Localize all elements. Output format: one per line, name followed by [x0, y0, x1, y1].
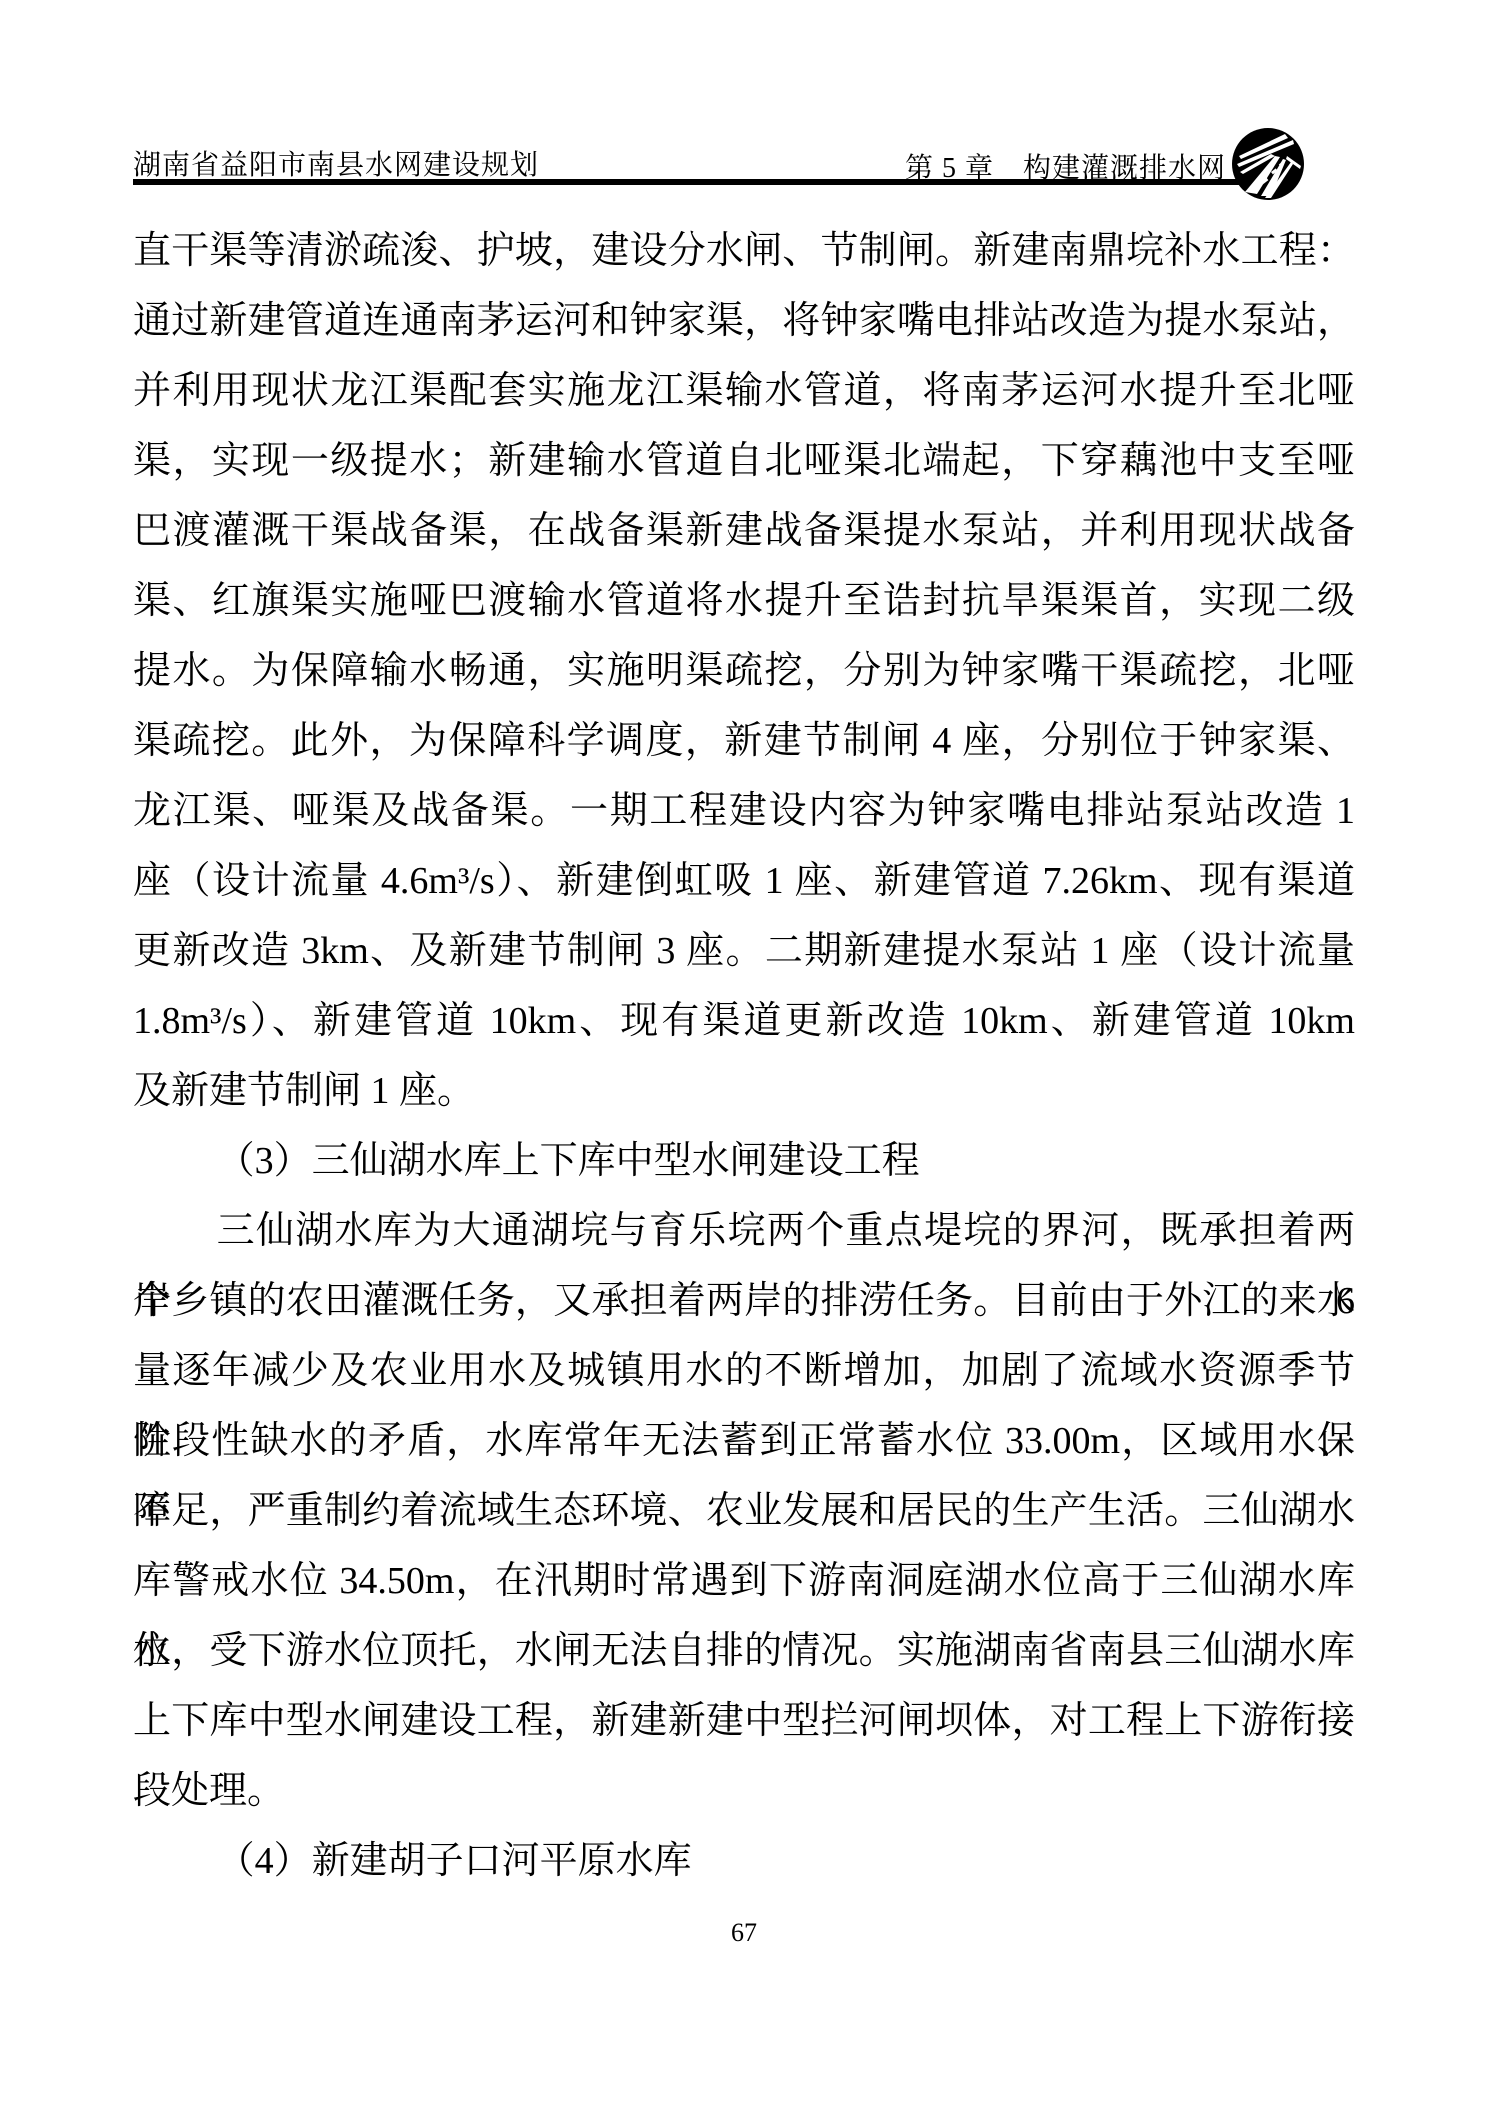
body-line: 及新建节制闸 1 座。: [133, 1056, 1355, 1126]
body-line: 并利用现状龙江渠配套实施龙江渠输水管道，将南茅运河水提升至北哑: [133, 356, 1355, 426]
body-line: 直干渠等清淤疏浚、护坡，建设分水闸、节制闸。新建南鼎垸补水工程：: [133, 216, 1355, 286]
section-heading: （4）新建胡子口河平原水库: [133, 1826, 1355, 1896]
body-line: 阶段性缺水的矛盾，水库常年无法蓄到正常蓄水位 33.00m，区域用水保障: [133, 1406, 1355, 1476]
header-rule: [133, 179, 1279, 185]
body-line: 座（设计流量 4.6m³/s）、新建倒虹吸 1 座、新建管道 7.26km、现有…: [133, 846, 1355, 916]
body-line: 提水。为保障输水畅通，实施明渠疏挖，分别为钟家嘴干渠疏挖，北哑: [133, 636, 1355, 706]
body-line: 上下库中型水闸建设工程，新建新建中型拦河闸坝体，对工程上下游衔接: [133, 1686, 1355, 1756]
body-line: 不足，严重制约着流域生态环境、农业发展和居民的生产生活。三仙湖水: [133, 1476, 1355, 1546]
section-heading: （3）三仙湖水库上下库中型水闸建设工程: [133, 1126, 1355, 1196]
page-number: 67: [0, 1918, 1488, 1948]
body-line: 渠，实现一级提水；新建输水管道自北哑渠北端起，下穿藕池中支至哑: [133, 426, 1355, 496]
body-line: 更新改造 3km、及新建节制闸 3 座。二期新建提水泵站 1 座（设计流量: [133, 916, 1355, 986]
body-line: 个乡镇的农田灌溉任务，又承担着两岸的排涝任务。目前由于外江的来水: [133, 1266, 1355, 1336]
body-line: 位，受下游水位顶托，水闸无法自排的情况。实施湖南省南县三仙湖水库: [133, 1616, 1355, 1686]
header-left-title: 湖南省益阳市南县水网建设规划: [133, 143, 539, 183]
body-line: 龙江渠、哑渠及战备渠。一期工程建设内容为钟家嘴电排站泵站改造 1: [133, 776, 1355, 846]
body-line: 库警戒水位 34.50m，在汛期时常遇到下游南洞庭湖水位高于三仙湖水库水: [133, 1546, 1355, 1616]
body-line: 渠疏挖。此外，为保障科学调度，新建节制闸 4 座，分别位于钟家渠、: [133, 706, 1355, 776]
body-line: 通过新建管道连通南茅运河和钟家渠，将钟家嘴电排站改造为提水泵站，: [133, 286, 1355, 356]
body-line: 量逐年减少及农业用水及城镇用水的不断增加，加剧了流域水资源季节性、: [133, 1336, 1355, 1406]
body-line: 1.8m³/s）、新建管道 10km、现有渠道更新改造 10km、新建管道 10…: [133, 986, 1355, 1056]
body-line: 三仙湖水库为大通湖垸与育乐垸两个重点堤垸的界河，既承担着两岸 6: [133, 1196, 1355, 1266]
document-body: 直干渠等清淤疏浚、护坡，建设分水闸、节制闸。新建南鼎垸补水工程： 通过新建管道连…: [133, 216, 1355, 1896]
body-line: 渠、红旗渠实施哑巴渡输水管道将水提升至诰封抗旱渠渠首，实现二级: [133, 566, 1355, 636]
body-line: 巴渡灌溉干渠战备渠，在战备渠新建战备渠提水泵站，并利用现状战备: [133, 496, 1355, 566]
road-emblem-logo: [1231, 126, 1305, 202]
body-line: 段处理。: [133, 1756, 1355, 1826]
